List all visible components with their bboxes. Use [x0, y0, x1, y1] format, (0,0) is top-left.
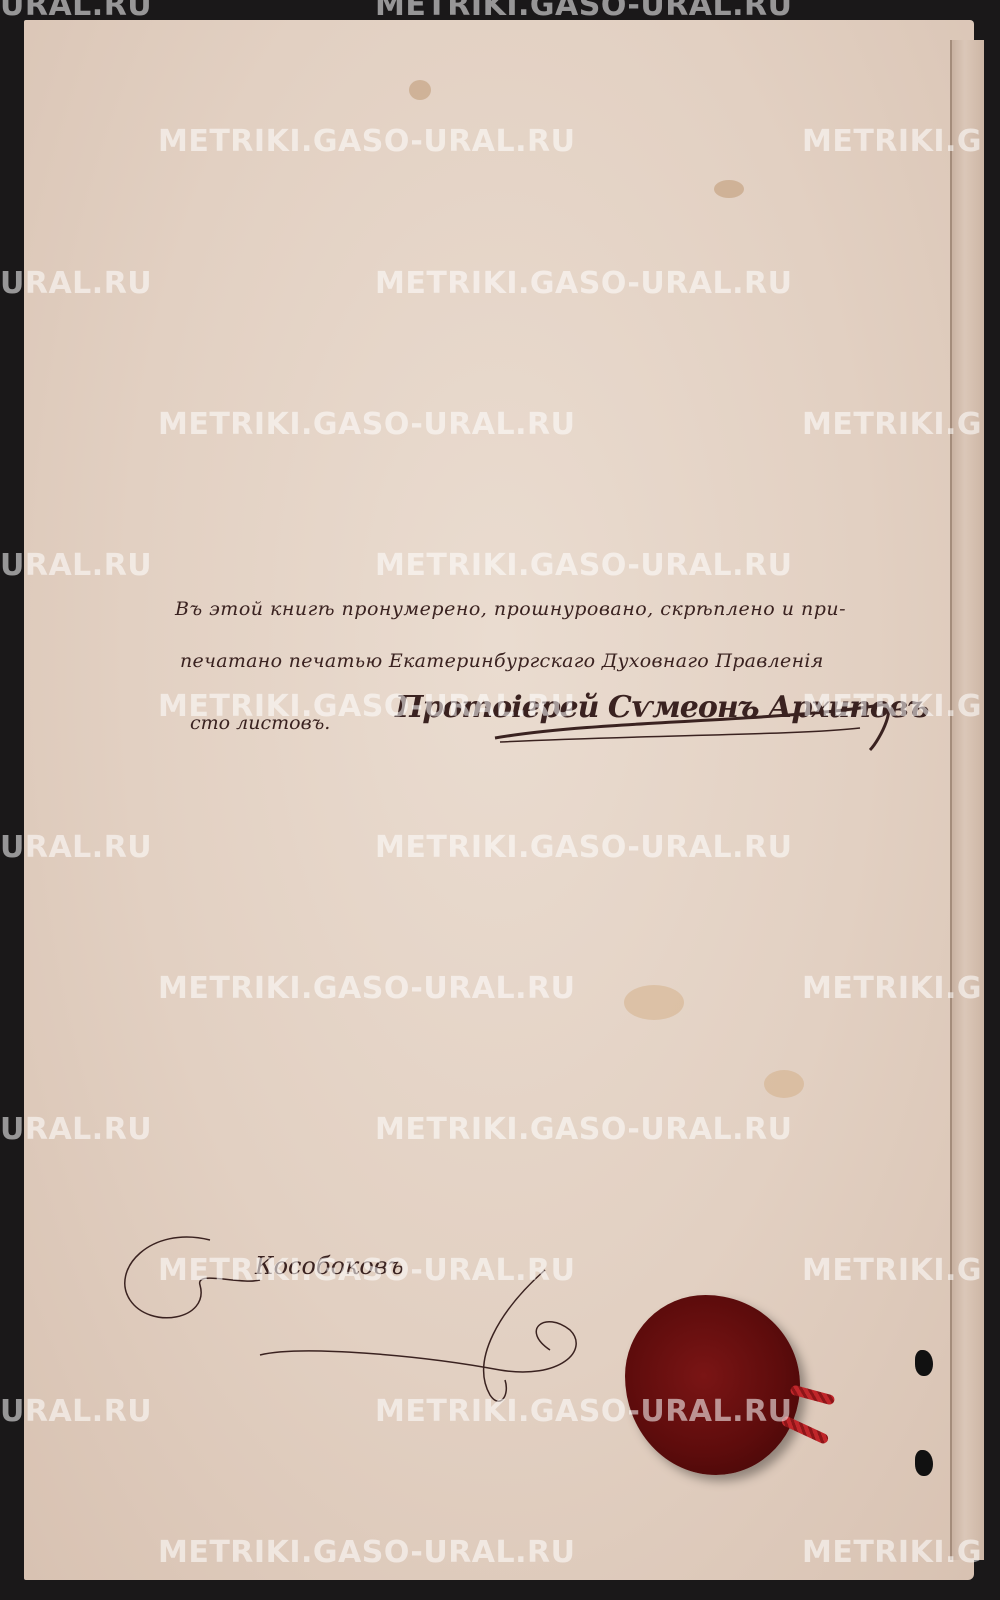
stain: [409, 80, 431, 100]
document-page: [24, 20, 974, 1580]
watermark: METRIKI.GASO-URAL.RU: [158, 689, 576, 724]
watermark: METRIKI.GASO-URAL.RU: [375, 1394, 793, 1429]
text-line-2: печатано печатью Екатеринбургскаго Духов…: [180, 650, 824, 672]
watermark: METRIKI.GASO-URAL.RU: [375, 1112, 793, 1147]
watermark: URAL.RU: [0, 830, 152, 865]
watermark: METRIKI.GASO-URAL.RU: [375, 0, 793, 23]
stain: [714, 180, 744, 198]
watermark: METRIKI.G: [802, 971, 982, 1006]
watermark: URAL.RU: [0, 0, 152, 23]
adjacent-page-edge: [950, 40, 984, 1560]
watermark: METRIKI.G: [802, 1535, 982, 1570]
watermark: URAL.RU: [0, 266, 152, 301]
text-line-1: Въ этой книгѣ пронумерено, прошнуровано,…: [175, 598, 846, 620]
watermark: METRIKI.GASO-URAL.RU: [158, 124, 576, 159]
stain: [764, 1070, 804, 1098]
watermark: URAL.RU: [0, 1112, 152, 1147]
watermark: METRIKI.GASO-URAL.RU: [158, 971, 576, 1006]
watermark: METRIKI.GASO-URAL.RU: [158, 1535, 576, 1570]
watermark: METRIKI.G: [802, 689, 982, 724]
watermark: URAL.RU: [0, 548, 152, 583]
watermark: METRIKI.G: [802, 124, 982, 159]
watermark: METRIKI.GASO-URAL.RU: [158, 1253, 576, 1288]
watermark: URAL.RU: [0, 1394, 152, 1429]
watermark: METRIKI.GASO-URAL.RU: [375, 266, 793, 301]
watermark: METRIKI.G: [802, 1253, 982, 1288]
binding-hole: [915, 1350, 933, 1376]
watermark: METRIKI.GASO-URAL.RU: [375, 548, 793, 583]
watermark: METRIKI.GASO-URAL.RU: [375, 830, 793, 865]
stain: [624, 985, 684, 1020]
watermark: METRIKI.G: [802, 407, 982, 442]
watermark: METRIKI.GASO-URAL.RU: [158, 407, 576, 442]
binding-hole: [915, 1450, 933, 1476]
